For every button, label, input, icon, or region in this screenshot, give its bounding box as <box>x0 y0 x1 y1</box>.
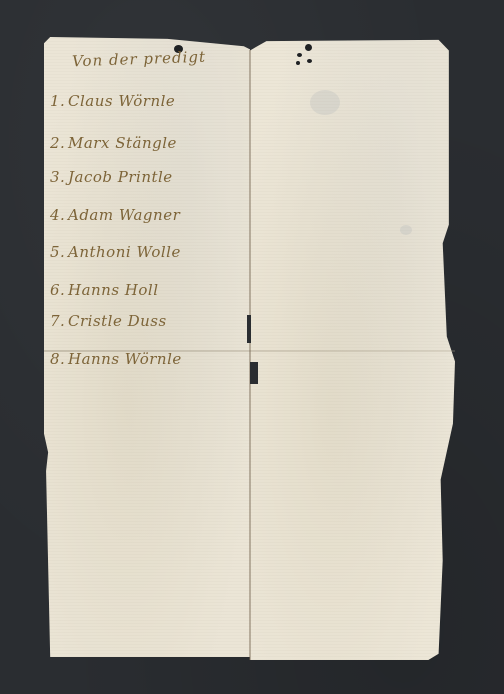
wormhole <box>305 44 312 51</box>
vertical-fold-crease <box>249 50 251 660</box>
fold-tear <box>247 315 251 343</box>
paper-stain <box>400 225 412 235</box>
list-item: 7.Cristle Duss <box>50 312 167 330</box>
list-item: 1.Claus Wörnle <box>50 92 175 110</box>
wormhole <box>296 61 300 65</box>
list-item: 2.Marx Stängle <box>50 134 177 152</box>
right-leaf-blank <box>250 38 455 660</box>
list-item: 3.Jacob Printle <box>50 168 173 186</box>
list-item: 5.Anthoni Wolle <box>50 243 181 261</box>
paper-stain <box>310 90 340 115</box>
wormhole <box>307 59 312 63</box>
list-item: 4.Adam Wagner <box>50 206 180 224</box>
left-leaf <box>44 37 250 657</box>
list-item: 8.Hanns Wörnle <box>50 350 182 368</box>
list-item: 6.Hanns Holl <box>50 281 159 299</box>
fold-tear <box>250 362 258 384</box>
wormhole <box>297 53 302 57</box>
